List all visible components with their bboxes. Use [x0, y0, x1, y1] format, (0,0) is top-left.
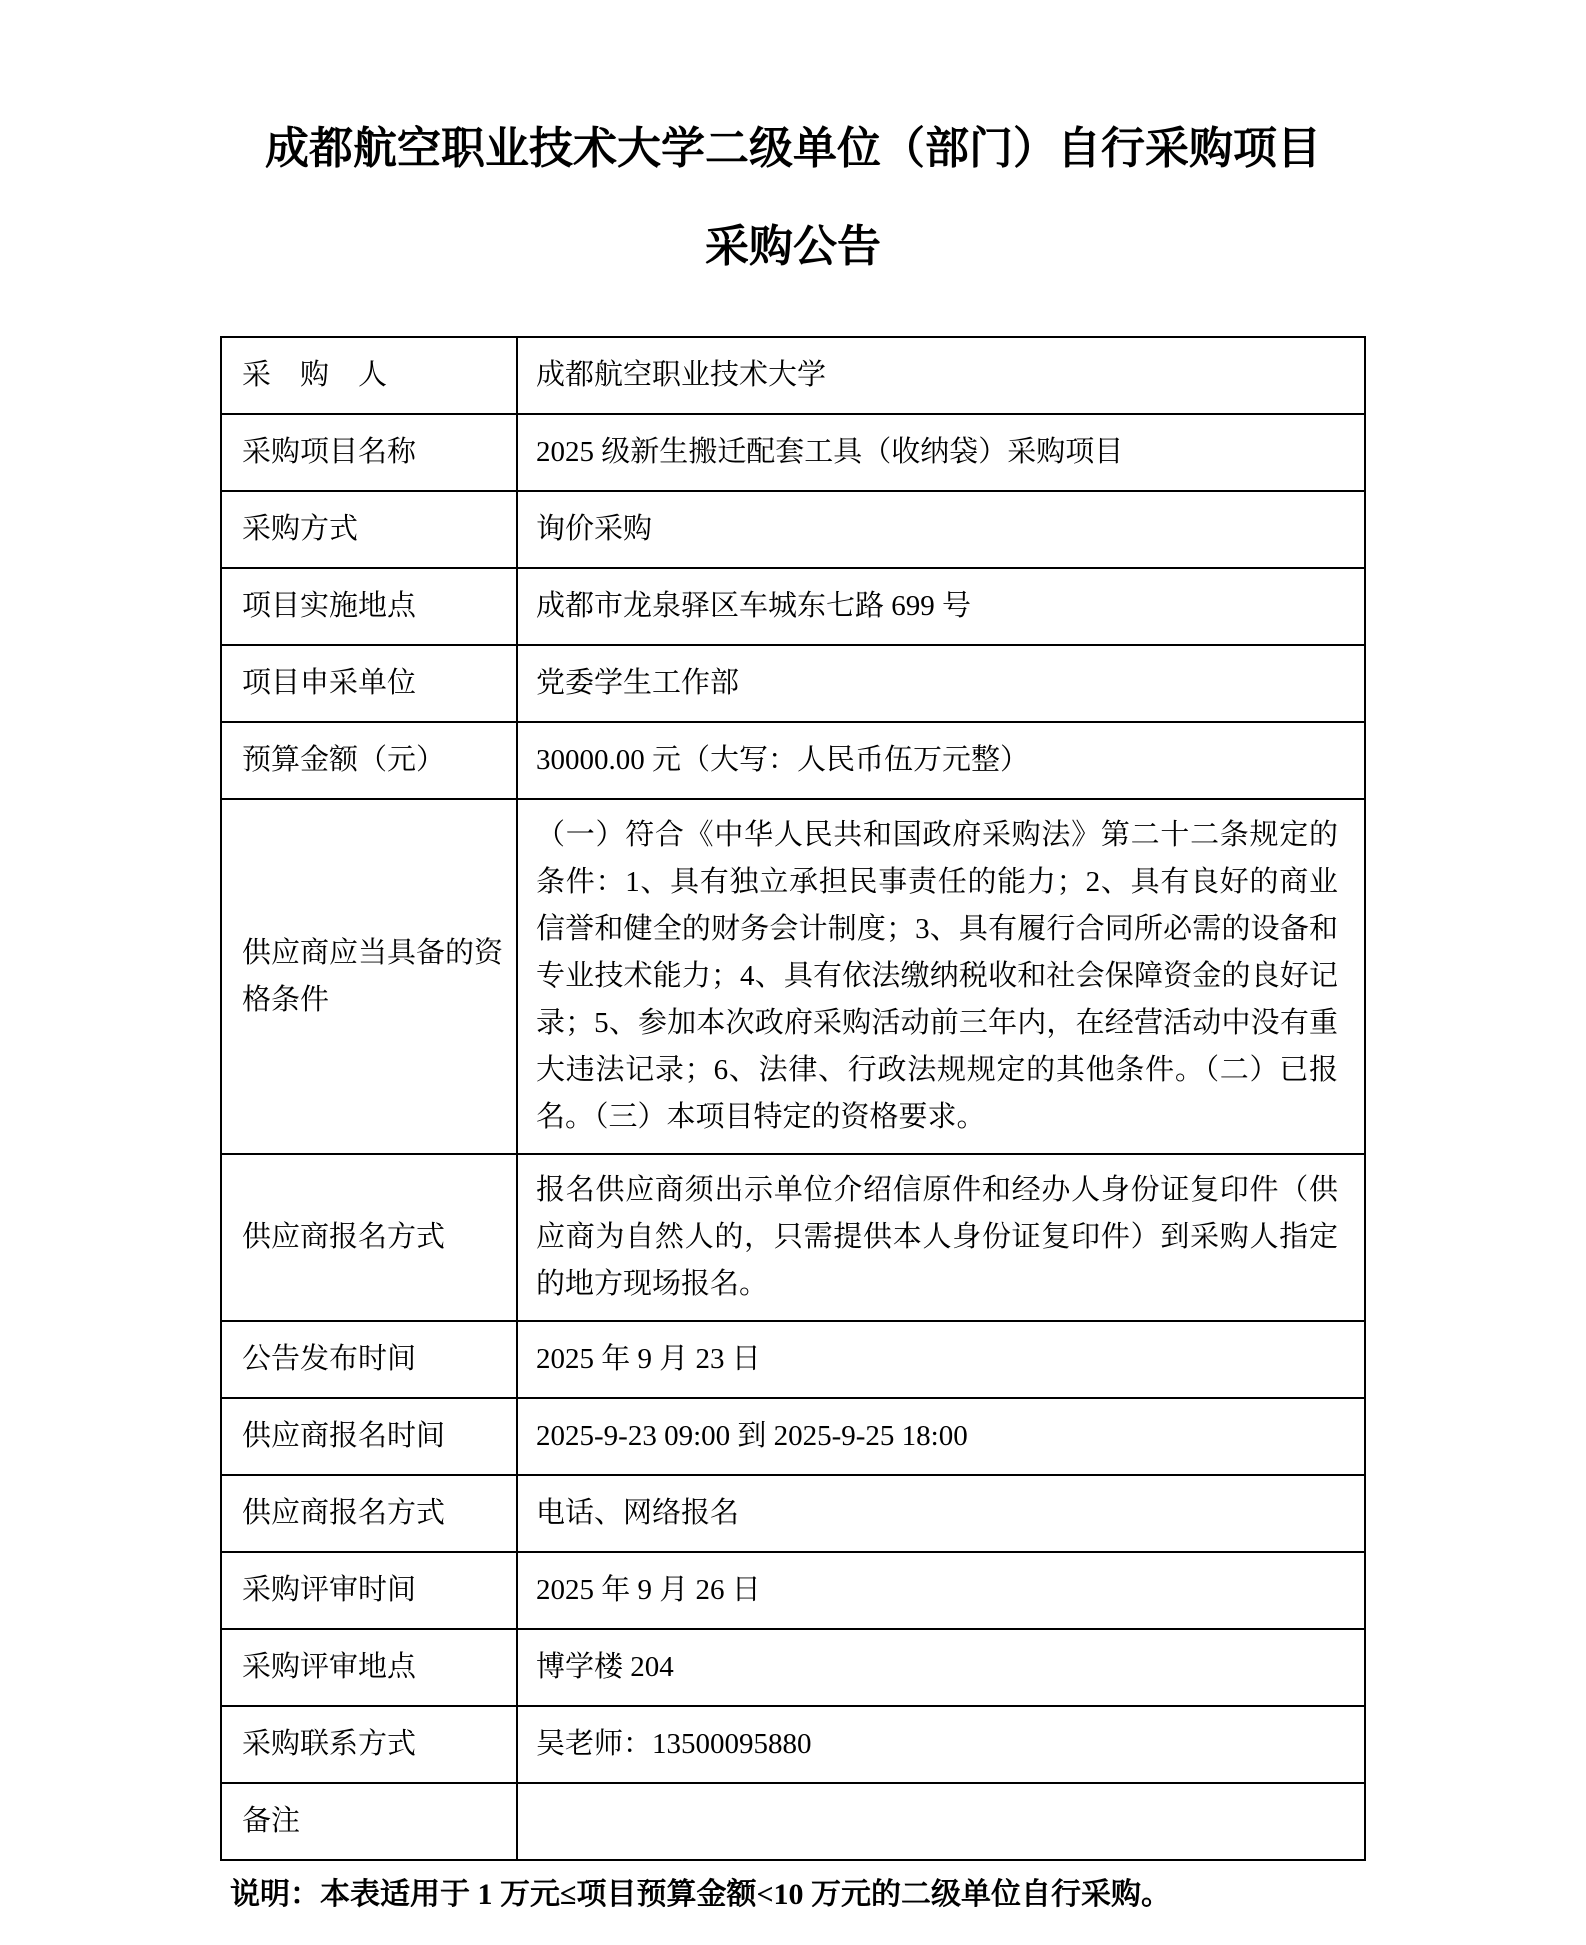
row-value: 2025 级新生搬迁配套工具（收纳袋）采购项目: [517, 414, 1365, 491]
table-row: 采购方式询价采购: [221, 491, 1365, 568]
row-label: 预算金额（元）: [221, 722, 517, 799]
row-value: [517, 1783, 1365, 1860]
row-label: 采购方式: [221, 491, 517, 568]
row-value: 报名供应商须出示单位介绍信原件和经办人身份证复印件（供应商为自然人的，只需提供本…: [517, 1154, 1365, 1321]
row-label: 项目申采单位: [221, 645, 517, 722]
row-value: 询价采购: [517, 491, 1365, 568]
table-row: 采购项目名称2025 级新生搬迁配套工具（收纳袋）采购项目: [221, 414, 1365, 491]
row-label: 采购项目名称: [221, 414, 517, 491]
table-row: 采购联系方式吴老师：13500095880: [221, 1706, 1365, 1783]
table-row: 供应商应当具备的资格条件（一）符合《中华人民共和国政府采购法》第二十二条规定的条…: [221, 799, 1365, 1154]
row-label: 供应商报名方式: [221, 1154, 517, 1321]
table-row: 采 购 人成都航空职业技术大学: [221, 337, 1365, 414]
procurement-info-table-body: 采 购 人成都航空职业技术大学采购项目名称2025 级新生搬迁配套工具（收纳袋）…: [221, 337, 1365, 1860]
row-value: 2025 年 9 月 26 日: [517, 1552, 1365, 1629]
row-label: 供应商报名时间: [221, 1398, 517, 1475]
row-value: 党委学生工作部: [517, 645, 1365, 722]
row-value: （一）符合《中华人民共和国政府采购法》第二十二条规定的条件：1、具有独立承担民事…: [517, 799, 1365, 1154]
row-value: 2025-9-23 09:00 到 2025-9-25 18:00: [517, 1398, 1365, 1475]
row-value: 成都市龙泉驿区车城东七路 699 号: [517, 568, 1365, 645]
table-row: 项目申采单位党委学生工作部: [221, 645, 1365, 722]
footer-note: 说明：本表适用于 1 万元≤项目预算金额<10 万元的二级单位自行采购。: [230, 1875, 1586, 1915]
row-value: 2025 年 9 月 23 日: [517, 1321, 1365, 1398]
document-title-line1: 成都航空职业技术大学二级单位（部门）自行采购项目: [0, 120, 1586, 178]
row-label: 采 购 人: [221, 337, 517, 414]
row-value: 吴老师：13500095880: [517, 1706, 1365, 1783]
table-row: 项目实施地点成都市龙泉驿区车城东七路 699 号: [221, 568, 1365, 645]
table-row: 备注: [221, 1783, 1365, 1860]
table-row: 采购评审时间2025 年 9 月 26 日: [221, 1552, 1365, 1629]
row-label: 项目实施地点: [221, 568, 517, 645]
table-row: 供应商报名方式电话、网络报名: [221, 1475, 1365, 1552]
table-row: 公告发布时间2025 年 9 月 23 日: [221, 1321, 1365, 1398]
row-label: 采购评审地点: [221, 1629, 517, 1706]
row-value: 电话、网络报名: [517, 1475, 1365, 1552]
document-title-line2: 采购公告: [0, 218, 1586, 276]
row-label: 供应商应当具备的资格条件: [221, 799, 517, 1154]
row-label: 采购联系方式: [221, 1706, 517, 1783]
row-label: 供应商报名方式: [221, 1475, 517, 1552]
row-value: 成都航空职业技术大学: [517, 337, 1365, 414]
table-row: 供应商报名方式报名供应商须出示单位介绍信原件和经办人身份证复印件（供应商为自然人…: [221, 1154, 1365, 1321]
row-value: 30000.00 元（大写：人民币伍万元整）: [517, 722, 1365, 799]
row-label: 采购评审时间: [221, 1552, 517, 1629]
table-row: 预算金额（元）30000.00 元（大写：人民币伍万元整）: [221, 722, 1365, 799]
row-value: 博学楼 204: [517, 1629, 1365, 1706]
row-label: 备注: [221, 1783, 517, 1860]
table-row: 供应商报名时间2025-9-23 09:00 到 2025-9-25 18:00: [221, 1398, 1365, 1475]
table-row: 采购评审地点博学楼 204: [221, 1629, 1365, 1706]
row-label: 公告发布时间: [221, 1321, 517, 1398]
procurement-info-table: 采 购 人成都航空职业技术大学采购项目名称2025 级新生搬迁配套工具（收纳袋）…: [220, 336, 1366, 1861]
document-page: 成都航空职业技术大学二级单位（部门）自行采购项目 采购公告 采 购 人成都航空职…: [0, 0, 1586, 1945]
